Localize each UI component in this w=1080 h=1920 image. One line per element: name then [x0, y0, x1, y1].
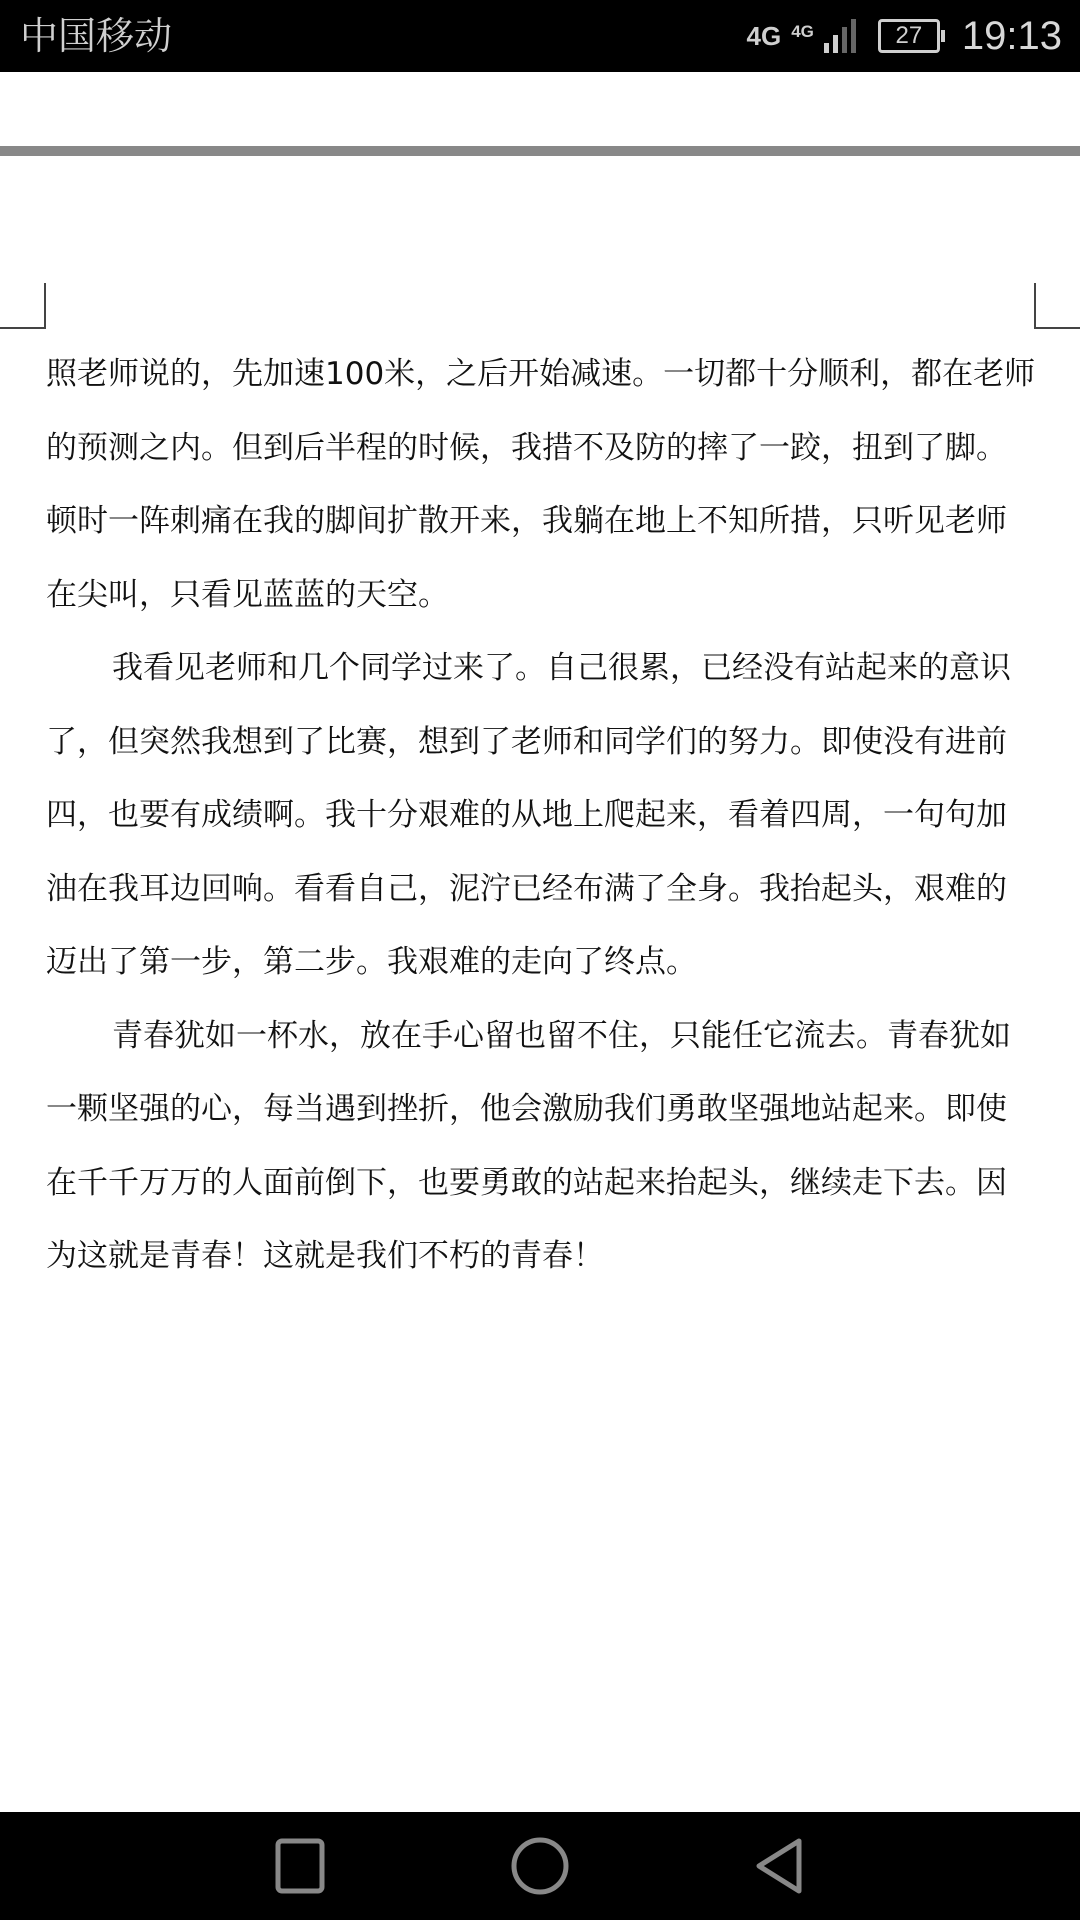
page-margin-corner-left: [0, 283, 46, 329]
paragraph: 照老师说的，先加速100米，之后开始减速。一切都十分顺利，都在老师的预测之内。但…: [46, 338, 1036, 632]
document-body[interactable]: 照老师说的，先加速100米，之后开始减速。一切都十分顺利，都在老师的预测之内。但…: [46, 338, 1036, 1294]
page-margin-corner-right: [1034, 283, 1080, 329]
status-icons: 4G 4G 27 19:13: [747, 8, 1062, 64]
status-bar: 中国移动 4G 4G 27 19:13: [0, 0, 1080, 72]
toolbar-divider: [0, 146, 1080, 156]
back-button[interactable]: [750, 1836, 810, 1896]
clock: 19:13: [962, 14, 1062, 59]
circle-icon: [510, 1836, 570, 1896]
network-4g-label-icon: 4G: [791, 21, 814, 52]
square-icon: [275, 1838, 325, 1894]
paragraph: 我看见老师和几个同学过来了。自己很累，已经没有站起来的意识了，但突然我想到了比赛…: [46, 632, 1036, 1000]
recent-apps-button[interactable]: [270, 1836, 330, 1896]
navigation-bar: [0, 1812, 1080, 1920]
paragraph: 青春犹如一杯水，放在手心留也留不住，只能任它流去。青春犹如一颗坚强的心，每当遇到…: [46, 1000, 1036, 1294]
back-triangle-icon: [753, 1836, 807, 1896]
home-button[interactable]: [510, 1836, 570, 1896]
network-4g-data-icon: 4G: [747, 21, 782, 52]
battery-icon: 27: [878, 19, 940, 53]
signal-strength-icon: [824, 19, 856, 53]
carrier-name: 中国移动: [20, 10, 172, 62]
